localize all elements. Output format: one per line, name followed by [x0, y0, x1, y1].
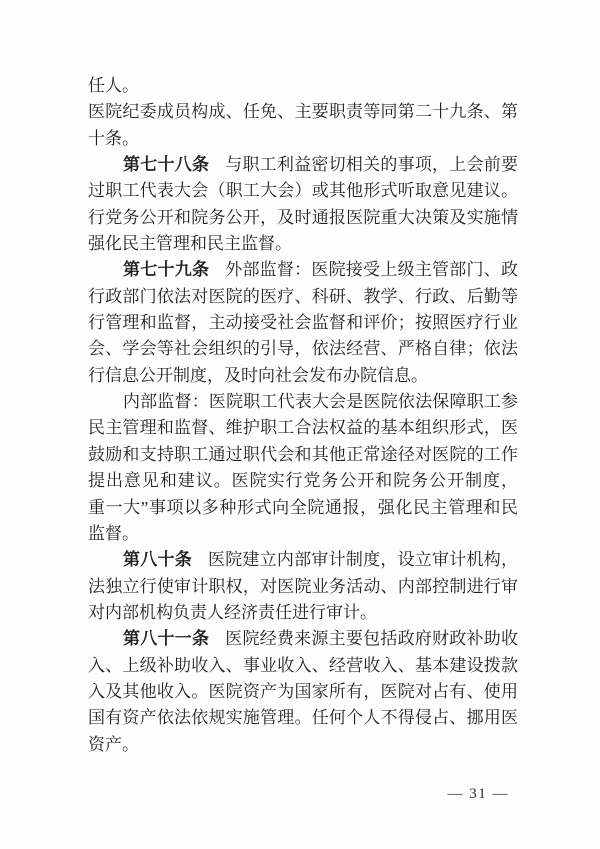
- article-number: 第八十一条: [123, 629, 209, 648]
- line-text: 过职工代表大会（职工大会）或其他形式听取意见建议。实: [88, 181, 518, 204]
- line-text: 提出意见和建议。医院实行党务公开和院务公开制度，对“三: [88, 471, 518, 494]
- line-text: 民主管理和监督、维护职工合法权益的基本组织形式，医院: [88, 418, 518, 441]
- article-number: 第七十九条: [123, 260, 209, 279]
- document-body: 任人。医院纪委成员构成、任免、主要职责等同第二十九条、第三十条。第七十八条与职工…: [88, 73, 518, 758]
- text-line: 行政部门依法对医院的医疗、科研、教学、行政、后勤等进: [88, 284, 518, 310]
- line-text: 鼓励和支持职工通过职代会和其他正常途径对医院的工作: [88, 445, 518, 464]
- article-number: 第八十条: [123, 550, 192, 569]
- text-line: 法独立行使审计职权，对医院业务活动、内部控制进行审计，: [88, 574, 518, 600]
- text-line: 入、上级补助收入、事业收入、经营收入、基本建设拨款收: [88, 653, 518, 679]
- text-line: 行管理和监督，主动接受社会监督和评价；按照医疗行业协: [88, 310, 518, 336]
- line-text: 会、学会等社会组织的引导，依法经营、严格自律；依法实: [88, 339, 518, 362]
- text-line: 任人。: [88, 73, 518, 99]
- line-text: 重一大”事项以多种形式向全院通报，强化民主管理和民主: [88, 498, 518, 521]
- text-line: 过职工代表大会（职工大会）或其他形式听取意见建议。实: [88, 178, 518, 204]
- text-line: 行党务公开和院务公开，及时通报医院重大决策及实施情况，: [88, 205, 518, 231]
- text-line: 第七十九条外部监督：医院接受上级主管部门、政府: [88, 257, 518, 283]
- text-line: 医院纪委成员构成、任免、主要职责等同第二十九条、第三: [88, 99, 518, 125]
- text-line: 鼓励和支持职工通过职代会和其他正常途径对医院的工作: [88, 442, 518, 468]
- text-line: 重一大”事项以多种形式向全院通报，强化民主管理和民主: [88, 495, 518, 521]
- text-line: 第七十八条与职工利益密切相关的事项，上会前要通: [88, 152, 518, 178]
- text-line: 入及其他收入。医院资产为国家所有，医院对占有、使用的: [88, 679, 518, 705]
- text-line: 监督。: [88, 521, 518, 547]
- line-text: 医院经费来源主要包括政府财政补助收: [225, 629, 518, 648]
- line-text: 内部监督：医院职工代表大会是医院依法保障职工参与: [88, 392, 518, 415]
- document-page: 任人。医院纪委成员构成、任免、主要职责等同第二十九条、第三十条。第七十八条与职工…: [0, 0, 600, 849]
- text-line: 民主管理和监督、维护职工合法权益的基本组织形式，医院: [88, 415, 518, 441]
- line-text: 法独立行使审计职权，对医院业务活动、内部控制进行审计，: [88, 577, 518, 600]
- line-text: 行管理和监督，主动接受社会监督和评价；按照医疗行业协: [88, 313, 518, 336]
- text-line: 国有资产依法依规实施管理。任何个人不得侵占、挪用医院: [88, 705, 518, 731]
- text-line: 强化民主管理和民主监督。: [88, 231, 518, 257]
- text-line: 内部监督：医院职工代表大会是医院依法保障职工参与: [88, 389, 518, 415]
- line-text: 强化民主管理和民主监督。: [88, 234, 292, 253]
- line-text: 资产。: [88, 735, 139, 754]
- article-number: 第七十八条: [123, 155, 209, 174]
- line-text: 行党务公开和院务公开，及时通报医院重大决策及实施情况，: [88, 208, 518, 231]
- text-line: 对内部机构负责人经济责任进行审计。: [88, 600, 518, 626]
- line-text: 医院纪委成员构成、任免、主要职责等同第二十九条、第三: [88, 102, 518, 125]
- line-text: 国有资产依法依规实施管理。任何个人不得侵占、挪用医院: [88, 708, 518, 731]
- line-text: 入及其他收入。医院资产为国家所有，医院对占有、使用的: [88, 682, 518, 705]
- text-line: 第八十条医院建立内部审计制度，设立审计机构，依: [88, 547, 518, 573]
- text-line: 会、学会等社会组织的引导，依法经营、严格自律；依法实: [88, 336, 518, 362]
- text-line: 提出意见和建议。医院实行党务公开和院务公开制度，对“三: [88, 468, 518, 494]
- text-line: 第八十一条医院经费来源主要包括政府财政补助收: [88, 626, 518, 652]
- line-text: 十条。: [88, 129, 139, 148]
- text-line: 资产。: [88, 732, 518, 758]
- line-text: 行政部门依法对医院的医疗、科研、教学、行政、后勤等进: [88, 287, 518, 310]
- line-text: 监督。: [88, 524, 139, 543]
- text-line: 行信息公开制度，及时向社会发布办院信息。: [88, 363, 518, 389]
- line-text: 对内部机构负责人经济责任进行审计。: [88, 603, 377, 622]
- line-text: 行信息公开制度，及时向社会发布办院信息。: [88, 366, 428, 385]
- line-text: 任人。: [88, 76, 139, 95]
- page-number: — 31 —: [448, 786, 510, 803]
- text-line: 十条。: [88, 126, 518, 152]
- line-text: 入、上级补助收入、事业收入、经营收入、基本建设拨款收: [88, 656, 518, 679]
